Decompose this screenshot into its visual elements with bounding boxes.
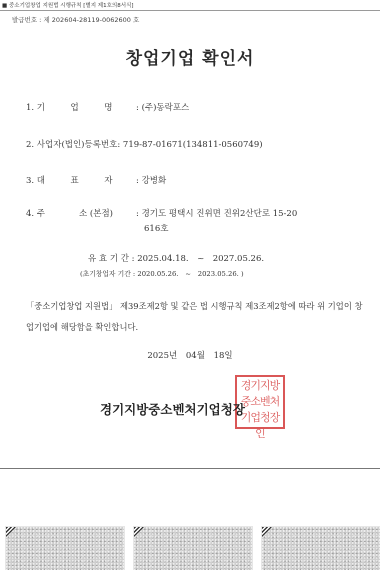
field-value: : (주)동락포스 xyxy=(136,103,189,113)
seal-line: 경기지방 xyxy=(237,378,283,394)
corner-stripe-icon xyxy=(262,527,272,537)
field-label: 2. 사업자(법인)등록번호 xyxy=(26,138,117,150)
security-pattern-block xyxy=(5,526,125,570)
issue-number: 발급번호 : 제 202604-28119-0062600 호 xyxy=(12,15,139,24)
field-registration-number: 2. 사업자(법인)등록번호: 719-87-01671(134811-0560… xyxy=(26,138,263,150)
form-reference: ■ 중소기업창업 지원법 시행규칙 [별지 제1호의8서식] xyxy=(2,1,134,9)
corner-stripe-icon xyxy=(6,527,16,537)
field-value: : 강병화 xyxy=(136,176,166,186)
field-value: : 719-87-01671(134811-0560749) xyxy=(117,140,262,150)
issuer-name: 경기지방중소벤처기업청장 xyxy=(100,400,245,418)
confirmation-statement: 「중소기업창업 지원법」 제39조제2항 및 같은 법 시행규칙 제3조제2항에… xyxy=(26,296,366,338)
bottom-divider xyxy=(0,468,380,469)
field-company-name: 1. 기 업 명: (주)동락포스 xyxy=(26,101,189,113)
validity-period: 유 효 기 간 : 2025.04.18. ~ 2027.05.26. xyxy=(88,252,264,264)
document-title: 창업기업 확인서 xyxy=(0,44,380,69)
security-pattern-block xyxy=(261,526,380,570)
field-label: 1. 기 업 명 xyxy=(26,101,136,113)
initial-startup-period: (초기창업자 기간 : 2020.05.26. ~ 2023.05.26. ) xyxy=(80,268,244,278)
corner-stripe-icon xyxy=(134,527,144,537)
top-divider xyxy=(0,10,380,11)
security-pattern-block xyxy=(133,526,253,570)
security-pattern-strip xyxy=(5,526,380,570)
field-representative: 3. 대 표 자: 강병화 xyxy=(26,174,166,186)
field-label: 3. 대 표 자 xyxy=(26,174,136,186)
field-address-continued: 616호 xyxy=(144,222,168,234)
field-value: : 경기도 평택시 진위면 진위2산단로 15-20 xyxy=(136,209,297,219)
field-label: 4. 주 소 (본점) xyxy=(26,207,136,219)
field-address: 4. 주 소 (본점): 경기도 평택시 진위면 진위2산단로 15-20 xyxy=(26,207,297,219)
issue-date: 2025년 04월 18일 xyxy=(0,349,380,361)
